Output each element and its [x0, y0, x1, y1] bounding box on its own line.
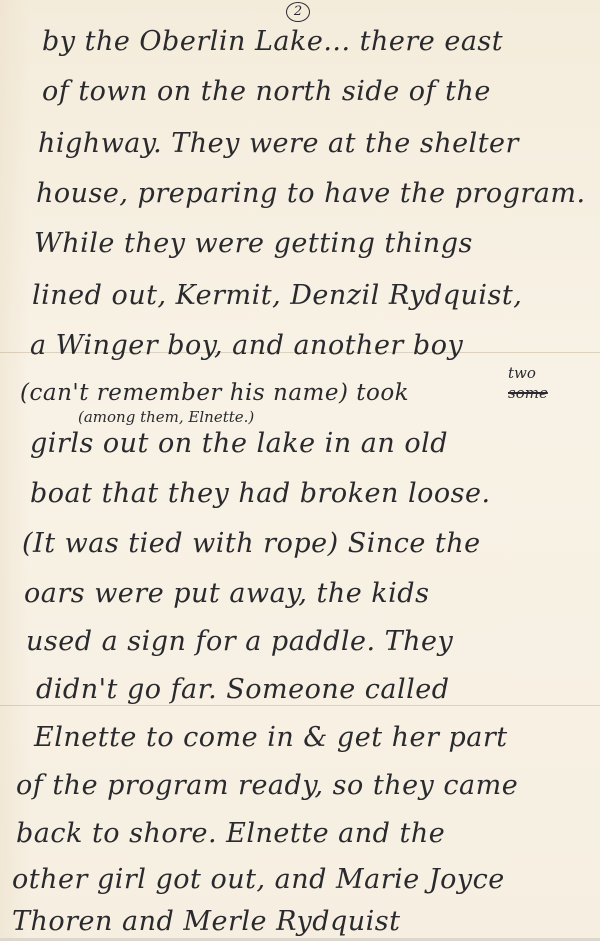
- interlinear-note: (among them, Elnette.): [78, 408, 254, 426]
- handwritten-line: lined out, Kermit, Denzil Rydquist,: [32, 280, 522, 311]
- handwritten-line: house, preparing to have the program.: [36, 178, 586, 209]
- handwritten-line: didn't go far. Someone called: [36, 674, 450, 705]
- handwritten-line: by the Oberlin Lake... there east: [42, 26, 503, 57]
- handwritten-line: Elnette to come in & get her part: [34, 722, 508, 753]
- handwritten-line: a Winger boy, and another boy: [30, 330, 463, 361]
- handwritten-line: of town on the north side of the: [42, 76, 491, 107]
- handwritten-line: Thoren and Merle Rydquist: [12, 906, 401, 937]
- paper-fold-line: [0, 705, 600, 706]
- handwritten-line: used a sign for a paddle. They: [26, 626, 453, 657]
- struck-word: some: [508, 384, 548, 402]
- handwritten-line: (It was tied with rope) Since the: [22, 528, 481, 559]
- handwritten-line: oars were put away, the kids: [24, 578, 429, 609]
- page-number: 2: [286, 2, 310, 22]
- letter-page: 2 by the Oberlin Lake... there east of t…: [0, 0, 600, 941]
- handwritten-line: girls out on the lake in an old: [30, 428, 448, 459]
- handwritten-line: back to shore. Elnette and the: [16, 818, 445, 849]
- handwritten-line: of the program ready, so they came: [16, 770, 518, 801]
- struck-word-text: some: [508, 384, 548, 402]
- handwritten-line: boat that they had broken loose.: [30, 478, 491, 509]
- handwritten-line: highway. They were at the shelter: [38, 128, 519, 159]
- insertion-above: two: [508, 364, 536, 382]
- handwritten-line: (can't remember his name) took: [20, 380, 409, 406]
- handwritten-line: While they were getting things: [34, 228, 473, 259]
- handwritten-line: other girl got out, and Marie Joyce: [12, 864, 505, 895]
